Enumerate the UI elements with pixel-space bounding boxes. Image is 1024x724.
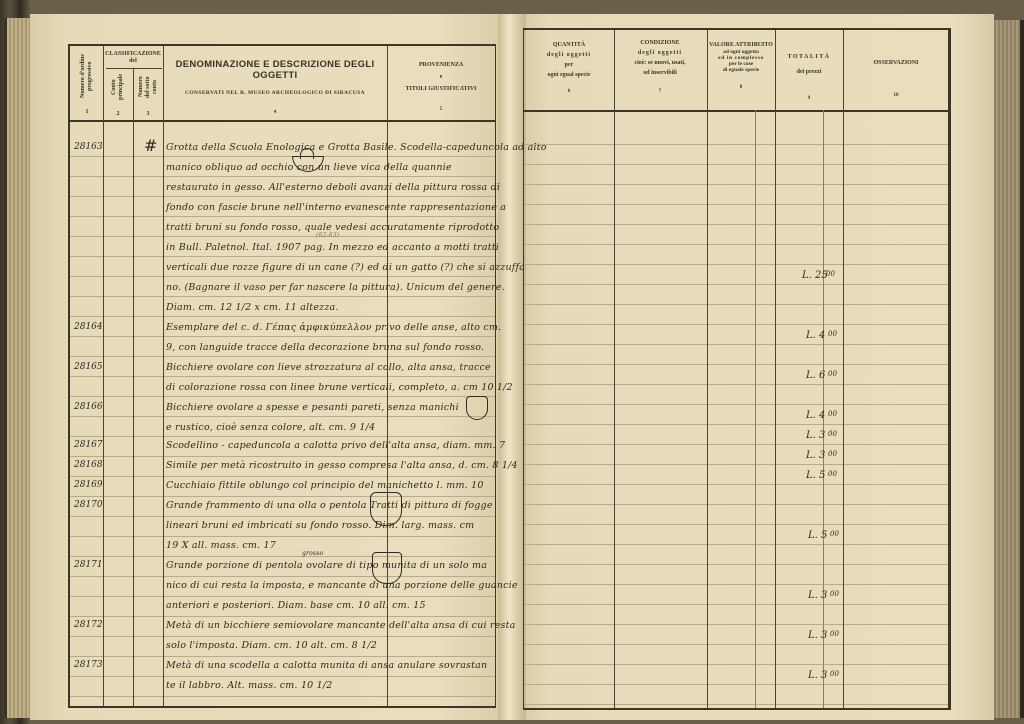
ruled-line <box>524 264 948 265</box>
header-label: CLASSIFICAZIONE del <box>105 51 161 64</box>
ruled-line <box>524 404 948 405</box>
header-line: cioè: se nuovi, usati, <box>616 60 704 67</box>
column-divider <box>755 110 756 708</box>
cup-sketch <box>466 396 488 420</box>
column-number: 8 <box>708 85 774 91</box>
ruled-line <box>524 144 948 145</box>
header-observations: OSSERVAZIONI 10 <box>844 60 948 99</box>
left-ledger-table: Numero d'ordine progressivo 1 CLASSIFICA… <box>68 44 496 708</box>
column-number: 4 <box>164 110 386 116</box>
header-line: dei prezzi <box>776 69 842 76</box>
header-subtitle: CONSERVATI NEL R. MUSEO ARCHEOLOGICO DI … <box>164 90 386 96</box>
ruled-line <box>524 584 948 585</box>
pot-sketch <box>372 552 402 584</box>
column-divider <box>133 68 134 706</box>
ruled-line <box>524 644 948 645</box>
entry-mark: # <box>144 136 158 155</box>
ruled-line <box>524 684 948 685</box>
ruled-line <box>524 244 948 245</box>
total-cents: 00 <box>828 470 837 478</box>
header-title: VALORE ATTRIBUITO <box>708 42 774 49</box>
header-label: Conto principale <box>111 72 125 102</box>
total-cents: 00 <box>828 430 837 438</box>
entry-line: Scodellino - capeduncola a calotta privo… <box>166 440 505 451</box>
ruled-line <box>524 484 948 485</box>
jar-sketch <box>370 492 402 526</box>
total-cents: 00 <box>830 590 839 598</box>
entry-line: e rustico, cioè senza colore, alt. cm. 9… <box>166 422 375 433</box>
entry-line: solo l'imposta. Diam. cm. 10 alt. cm. 8 … <box>166 640 377 651</box>
ruled-line <box>524 184 948 185</box>
entry-line: Bicchiere ovolare a spesse e pesanti par… <box>166 402 459 413</box>
ruled-line <box>524 164 948 165</box>
entry-line: Metà di una scodella a calotta munita di… <box>166 660 487 671</box>
column-divider <box>823 110 824 708</box>
header-title: OSSERVAZIONI <box>844 60 948 67</box>
header-totals: TOTALITÀ dei prezzi 9 <box>776 54 842 102</box>
header-line: ogni egual specie <box>526 72 612 79</box>
column-number: 7 <box>616 89 704 95</box>
ruled-line <box>524 664 948 665</box>
header-divider <box>106 68 162 69</box>
column-divider <box>843 30 844 708</box>
header-order-number: Numero d'ordine progressivo 1 <box>72 52 102 118</box>
entry-line: 19 X all. mass. cm. 17 <box>166 540 276 551</box>
header-condition: CONDIZIONE degli oggetti cioè: se nuovi,… <box>616 40 704 94</box>
header-title: DENOMINAZIONE E DESCRIZIONE DEGLI OGGETT… <box>164 60 386 82</box>
column-number: 1 <box>72 109 102 116</box>
book-page-edges-right <box>992 20 1024 718</box>
ruled-line <box>524 564 948 565</box>
header-quantity: QUANTITÀ degli oggetti per ogni egual sp… <box>526 42 612 94</box>
entry-line: verticali due rozze figure di un cane (?… <box>166 262 525 273</box>
header-line: od inservibili <box>616 70 704 77</box>
total-lire: L. 4 <box>806 330 825 341</box>
ruled-line <box>524 344 948 345</box>
header-title: TOTALITÀ <box>776 54 842 61</box>
vessel-handle-sketch <box>300 148 314 159</box>
header-title: CONDIZIONE <box>616 40 704 47</box>
ruled-line <box>524 624 948 625</box>
inventory-number: 28165 <box>74 362 103 372</box>
entry-line: Cucchiaio fittile oblungo col principio … <box>166 480 484 491</box>
column-number: 10 <box>844 93 948 99</box>
total-lire: L. 5 <box>808 530 827 541</box>
column-number: 2 <box>104 111 132 118</box>
column-number: 3 <box>134 111 162 118</box>
ruled-line <box>524 284 948 285</box>
total-cents: 00 <box>826 270 835 278</box>
entry-line: Bicchiere ovolare con lieve strozzatura … <box>166 362 491 373</box>
header-label: Numero d'ordine progressivo <box>80 52 94 100</box>
total-lire: L. 6 <box>806 370 825 381</box>
column-divider <box>614 30 615 708</box>
header-value: VALORE ATTRIBUITO ad ogni oggetto ed in … <box>708 42 774 90</box>
ruled-line <box>524 444 948 445</box>
entry-line: Grande frammento di una olla o pentola T… <box>166 500 493 511</box>
total-cents: 00 <box>830 670 839 678</box>
ruled-line <box>524 304 948 305</box>
entry-line: di colorazione rossa con linee brune ver… <box>166 382 513 393</box>
entry-annotation: (62-63) <box>316 232 339 239</box>
total-cents: 00 <box>828 410 837 418</box>
total-cents: 00 <box>828 370 837 378</box>
entry-correction: grosso <box>302 550 323 557</box>
header-provenance: PROVENIENZA e TITOLI GIUSTIFICATIVI 5 <box>388 62 494 112</box>
ruled-line <box>524 204 948 205</box>
entry-line: Diam. cm. 12 1/2 x cm. 11 altezza. <box>166 302 339 313</box>
column-number: 9 <box>776 96 842 102</box>
header-classification: CLASSIFICAZIONE del <box>104 51 162 65</box>
inventory-number: 28163 <box>74 142 103 152</box>
total-cents: 00 <box>828 330 837 338</box>
column-divider <box>775 30 776 708</box>
entry-line: Grotta della Scuola Enologica e Grotta B… <box>166 142 547 153</box>
ruled-line <box>524 364 948 365</box>
header-title: QUANTITÀ <box>526 42 612 49</box>
header-description: DENOMINAZIONE E DESCRIZIONE DEGLI OGGETT… <box>164 60 386 116</box>
entry-line: no. (Bagnare il vaso per far nascere la … <box>166 282 505 293</box>
ruled-line <box>524 704 948 705</box>
total-lire: L. 3 <box>806 450 825 461</box>
book-gutter <box>498 14 526 720</box>
inventory-number: 28173 <box>74 660 103 670</box>
header-conj: e <box>388 74 494 81</box>
column-number: 6 <box>526 89 612 95</box>
column-divider <box>103 46 104 706</box>
entry-line: lineari bruni ed imbricati su fondo ross… <box>166 520 474 531</box>
entry-line: Metà di un bicchiere semiovolare mancant… <box>166 620 515 631</box>
total-lire: L. 5 <box>806 470 825 481</box>
header-subtitle: TITOLI GIUSTIFICATIVI <box>388 86 494 93</box>
ledger-book: Numero d'ordine progressivo 1 CLASSIFICA… <box>0 0 1024 724</box>
ruled-line <box>524 384 948 385</box>
entry-line: nico di cui resta la imposta, e mancante… <box>166 580 518 591</box>
column-divider <box>707 30 708 708</box>
ruled-line <box>524 504 948 505</box>
header-line: degli oggetti <box>526 52 612 59</box>
entry-line: te il labbro. Alt. mass. cm. 10 1/2 <box>166 680 333 691</box>
total-lire: L. 4 <box>806 410 825 421</box>
inventory-number: 28168 <box>74 460 103 470</box>
inventory-number: 28172 <box>74 620 103 630</box>
total-cents: 00 <box>830 530 839 538</box>
right-table-header: QUANTITÀ degli oggetti per ogni egual sp… <box>524 30 948 112</box>
inventory-number: 28169 <box>74 480 103 490</box>
ruled-line <box>524 604 948 605</box>
entry-line: Grande porzione di pentola ovolare di ti… <box>166 560 487 571</box>
entry-line: Simile per metà ricostruito in gesso com… <box>166 460 518 471</box>
header-title: PROVENIENZA <box>388 62 494 69</box>
ruled-line <box>524 464 948 465</box>
inventory-number: 28170 <box>74 500 103 510</box>
entry-line: restaurato in gesso. All'esterno deboli … <box>166 182 500 193</box>
inventory-number: 28166 <box>74 402 103 412</box>
entry-line: fondo con fascie brune nell'interno evan… <box>166 202 506 213</box>
ruled-line <box>524 544 948 545</box>
inventory-number: 28171 <box>74 560 103 570</box>
header-label: Numero del sotto conto <box>138 72 159 102</box>
header-line: di eguale specie <box>708 67 774 73</box>
header-sub-account: Numero del sotto conto 3 <box>134 72 162 118</box>
ruled-line <box>524 424 948 425</box>
inventory-number: 28164 <box>74 322 103 332</box>
total-cents: 00 <box>828 450 837 458</box>
total-lire: L. 3 <box>808 670 827 681</box>
total-lire: L. 3 <box>806 430 825 441</box>
total-lire: L. 3 <box>808 590 827 601</box>
entry-line: anteriori e posteriori. Diam. base cm. 1… <box>166 600 426 611</box>
total-lire: L. 3 <box>808 630 827 641</box>
header-line: per <box>526 62 612 69</box>
header-main-account: Conto principale 2 <box>104 72 132 118</box>
right-ledger-table: QUANTITÀ degli oggetti per ogni egual sp… <box>523 28 951 710</box>
column-number: 5 <box>388 107 494 113</box>
entry-line: 9, con languide tracce della decorazione… <box>166 342 484 353</box>
entry-line: Esemplare del c. d. Γέπας ἀμφικύπελλον p… <box>166 322 501 333</box>
inventory-number: 28167 <box>74 440 103 450</box>
column-divider <box>163 46 164 706</box>
total-cents: 00 <box>830 630 839 638</box>
ruled-line <box>524 524 948 525</box>
entry-line: in Bull. Paletnol. Ital. 1907 pag. In me… <box>166 242 499 253</box>
total-lire: L. 25 <box>802 270 828 281</box>
header-line: degli oggetti <box>616 50 704 57</box>
ruled-line <box>524 324 948 325</box>
ruled-line <box>524 224 948 225</box>
